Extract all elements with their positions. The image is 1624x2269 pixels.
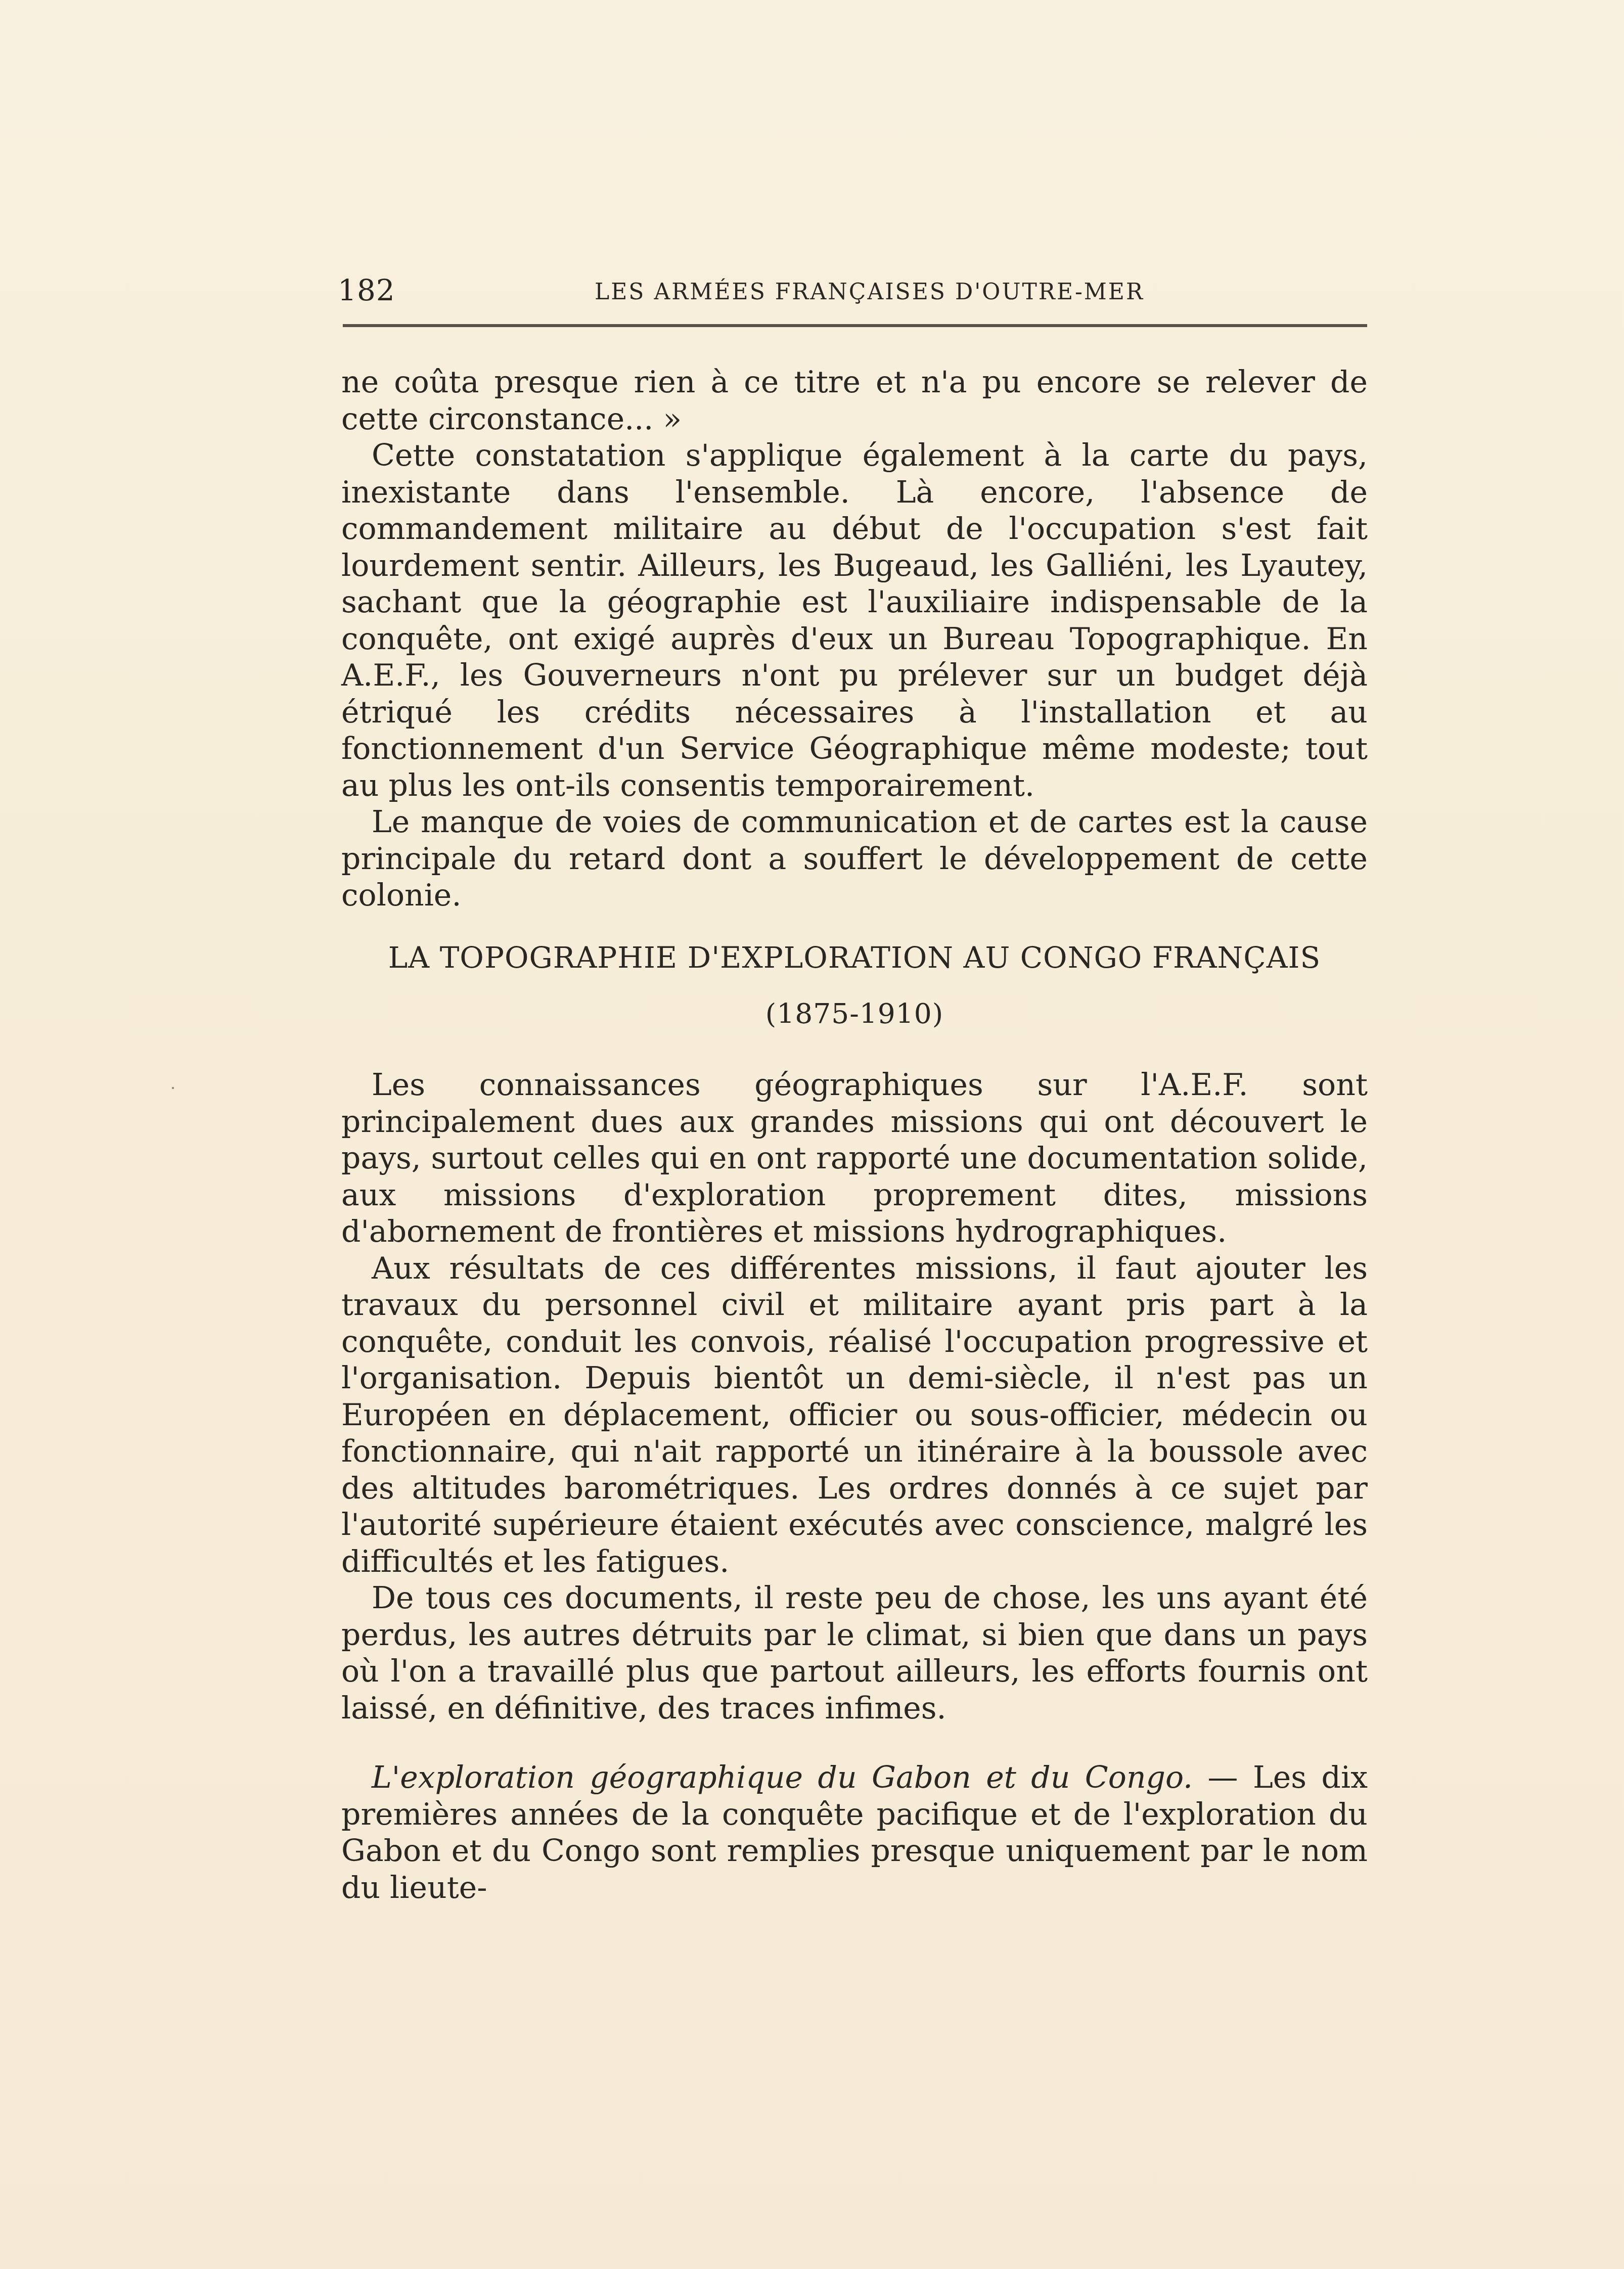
subsection-paragraph: L'exploration géographique du Gabon et d…	[341, 1759, 1368, 1906]
paragraph: Le manque de voies de communication et d…	[341, 804, 1368, 914]
margin-mark	[172, 1087, 174, 1089]
subsection-text-block: L'exploration géographique du Gabon et d…	[341, 1759, 1368, 1906]
paragraph: Les connaissances géographiques sur l'A.…	[341, 1067, 1368, 1250]
book-page: 182 LES ARMÉES FRANÇAISES D'OUTRE-MER ne…	[0, 0, 1624, 2269]
paragraph: De tous ces documents, il reste peu de c…	[341, 1580, 1368, 1727]
section-dates: (1875-1910)	[341, 997, 1368, 1030]
paragraph-continuation: ne coûta presque rien à ce titre et n'a …	[341, 364, 1368, 437]
section-text-block: Les connaissances géographiques sur l'A.…	[341, 1067, 1368, 1727]
intro-text-block: ne coûta presque rien à ce titre et n'a …	[341, 364, 1368, 914]
paragraph: Cette constatation s'applique également …	[341, 437, 1368, 804]
section-heading: LA TOPOGRAPHIE D'EXPLORATION AU CONGO FR…	[341, 940, 1368, 975]
running-title: LES ARMÉES FRANÇAISES D'OUTRE-MER	[595, 279, 1144, 305]
header-rule	[343, 324, 1367, 327]
page-number: 182	[338, 273, 395, 307]
paragraph: Aux résultats de ces différentes mission…	[341, 1250, 1368, 1580]
running-head: 182 LES ARMÉES FRANÇAISES D'OUTRE-MER	[338, 273, 1369, 308]
em-dash-separator: —	[1193, 1760, 1253, 1795]
subsection-title: L'exploration géographique du Gabon et d…	[372, 1760, 1193, 1795]
